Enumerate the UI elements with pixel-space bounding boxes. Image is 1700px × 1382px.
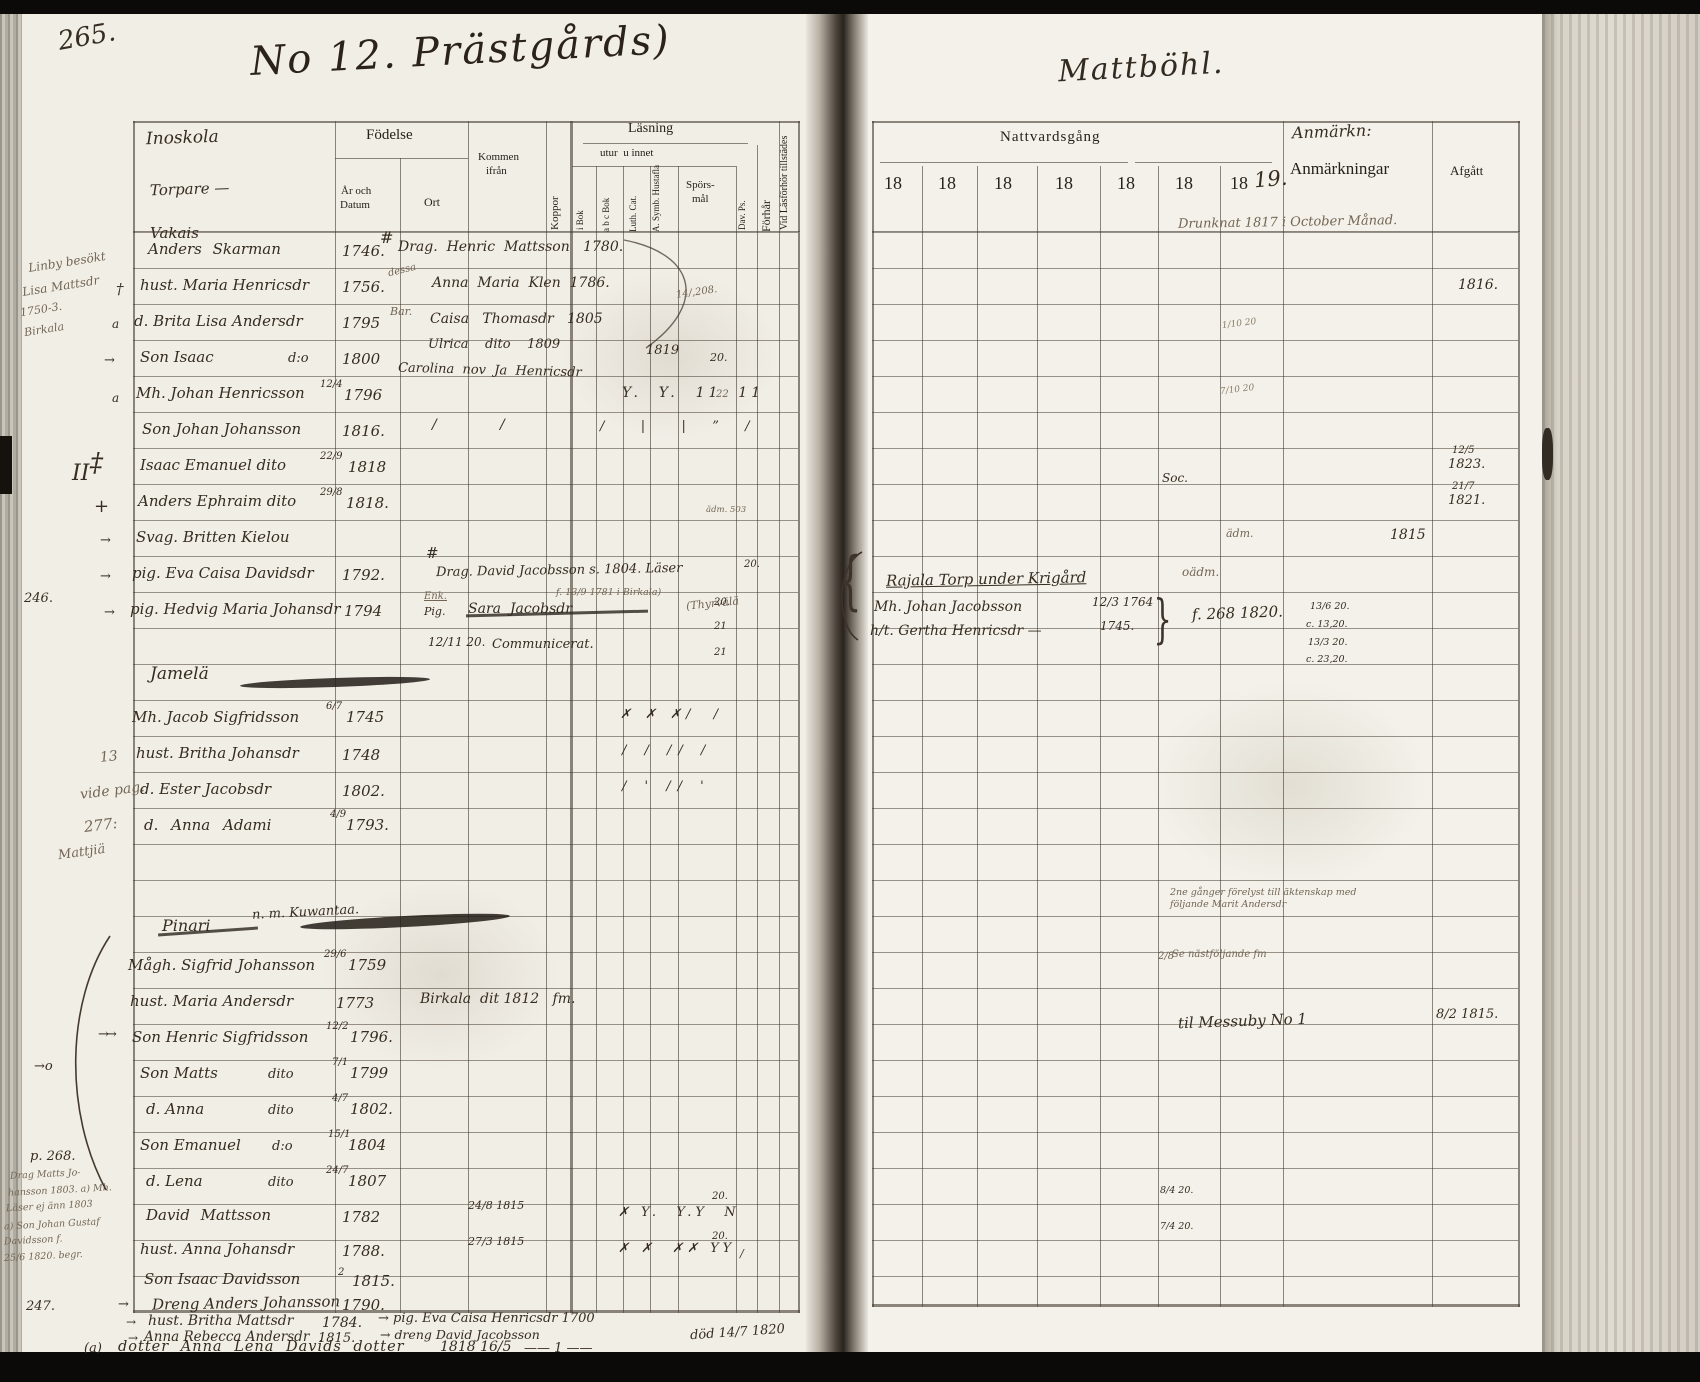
column-header: Vid Läsförhör tillstädes [780, 126, 800, 230]
row-marker: a [112, 392, 119, 405]
row-note: f. 13/9 1781 i Birkala) [556, 588, 661, 598]
row-date: 24/7 [326, 1166, 348, 1177]
column-header: Nattvardsgång [1000, 130, 1100, 146]
grid-line [798, 121, 800, 1313]
grid-line [583, 143, 748, 144]
afgatt-entry: 1816. [1458, 278, 1498, 293]
row-marker: → [104, 354, 115, 368]
year-column-label: 18 [1230, 174, 1248, 193]
grid-line [335, 158, 468, 159]
row-marker: a [112, 318, 119, 331]
row-name: Son Isaac Davidsson [144, 1272, 300, 1288]
column-header: Ort [424, 196, 440, 209]
row-dito: d:o [272, 1140, 293, 1154]
row-year: 1746. [342, 244, 385, 260]
column-header: ifrån [486, 166, 507, 178]
afgatt-entry: 1823. [1448, 458, 1485, 472]
anm-entry: Se nästföljande fm [1172, 950, 1267, 961]
cell-mark: ädm. 503 [706, 506, 746, 515]
brace-open: { [839, 544, 861, 618]
row-year: 1807 [348, 1174, 386, 1190]
row-note: Drag. Henric Mattsson 1780. [398, 240, 623, 255]
row-name: hust. Britha Mattsdr [148, 1314, 293, 1329]
grid-line [1518, 121, 1520, 1307]
grid-line [133, 121, 800, 123]
row-year: 1796. [350, 1030, 393, 1046]
row-year: 1748 [342, 748, 380, 764]
row-dito: d:o [288, 352, 309, 366]
row-name: hust. Anna Johansdr [140, 1242, 294, 1258]
section-heading: Jamelä [150, 666, 209, 684]
column-header: a b c Bok [602, 168, 611, 232]
anm-entry: följande Marit Andersdr [1170, 900, 1286, 910]
row-name: Anders Ephraim dito [138, 494, 296, 510]
row-marker: → [104, 606, 115, 620]
row-dito: dito [268, 1104, 294, 1118]
reading-marks: / | | ” / [600, 420, 756, 434]
row-note: 27/3 1815 [468, 1236, 524, 1248]
column-header: Födelse [366, 128, 413, 144]
anm-entry: Soc. [1162, 472, 1188, 485]
column-header: Anmärkningar [1290, 160, 1389, 178]
cell-mark: 20. [712, 1192, 728, 1203]
row-year: 1818 16/5 [440, 1340, 512, 1355]
top-black-bar [0, 0, 1700, 14]
marginal-note: 13 [99, 749, 118, 765]
communion-date: 13/6 20. [1310, 602, 1349, 612]
row-name: Isaac Emanuel dito [140, 458, 286, 474]
row-name: d. Anna [146, 1102, 204, 1118]
scanned-ledger-page: 265. No 12. Prästgårds) Mattböhl. Inosko… [0, 0, 1700, 1382]
row-year: 1802. [342, 784, 385, 800]
anm-entry: 12/3 1764 [1092, 596, 1153, 609]
reading-marks: ✗ Y. Y.Y N [618, 1206, 740, 1220]
row-year: 1782 [342, 1210, 380, 1226]
anm-entry: ädm. [1226, 528, 1254, 540]
row-year: 1818 [348, 460, 386, 476]
communion-date: 13/3 20. [1308, 638, 1347, 648]
anm-entry: 2ne gånger förelyst till äktenskap med [1170, 888, 1357, 898]
column-header: Spörs- [686, 180, 715, 192]
row-year: 1815. [352, 1274, 395, 1290]
row-name: Anders Skarman [148, 242, 281, 258]
row-name: Son Matts [140, 1066, 218, 1082]
row-date: 7/1 [332, 1058, 348, 1069]
column-header: Läsning [628, 122, 673, 137]
communion-mark: 8/4 20. [1160, 1186, 1193, 1196]
row-year: 1793. [346, 818, 389, 834]
row-marker: → [118, 1298, 129, 1312]
cell-mark: / [740, 1248, 744, 1260]
cell-mark: 22 [716, 390, 729, 401]
row-date: 29/6 [324, 950, 346, 961]
row-year: 1816. [342, 424, 385, 440]
reading-marks: ✗ ✗ ✗/ / [620, 708, 723, 722]
row-date: 12/11 20. [428, 636, 485, 649]
bottom-black-bar [0, 1352, 1700, 1382]
year-column-label: 18 [884, 174, 902, 193]
afgatt-entry: 1821. [1448, 494, 1485, 508]
row-name: Mh. Johan Henricsson [136, 386, 305, 402]
year-column-label-handwritten: 19. [1253, 167, 1288, 192]
row-marker: → [100, 534, 111, 548]
binding-mark [1542, 428, 1553, 480]
gutter-shadow [806, 14, 868, 1352]
row-year: 1796 [344, 388, 382, 404]
afgatt-entry: 8/2 1815. [1436, 1008, 1498, 1022]
cell-mark: 20. [744, 560, 760, 571]
row-name: Mågh. Sigfrid Johansson [128, 958, 315, 974]
communion-date: c. 13,20. [1306, 620, 1348, 630]
column-header: Koppor [550, 150, 562, 230]
communion-mark: 7/4 20. [1160, 1222, 1193, 1232]
column-header: Dav. Ps. [738, 168, 747, 230]
cell-mark: 21 [714, 648, 727, 659]
row-marker: →o [34, 1060, 53, 1074]
brace-close: } [1153, 590, 1171, 650]
row-note: Communicerat. [492, 638, 594, 652]
row-date: 22/9 [320, 452, 342, 463]
year-column-label: 18 [994, 174, 1012, 193]
row-marker: (a) [84, 1342, 102, 1356]
row-date: 12/4 [320, 380, 342, 391]
row-note: Bar. [390, 306, 412, 318]
row-year: 1784. [322, 1316, 362, 1331]
reading-marks: / / // / [622, 744, 712, 758]
row-marker: ‡ [90, 450, 103, 477]
column-header: Förhår [760, 150, 773, 232]
row-name: Son Johan Johansson [142, 422, 301, 438]
row-name: pig. Eva Caisa Davidsdr [132, 566, 314, 582]
row-date: 29/8 [320, 488, 342, 499]
row-date: 6/7 [326, 702, 342, 713]
row-marker: + [94, 498, 109, 517]
row-note: → pig. Eva Caisa Henricsdr 1700 [378, 1312, 595, 1326]
reading-marks: ✗ ✗ ✗✗ YY [618, 1242, 735, 1256]
edge-blot [0, 436, 12, 494]
anm-entry: Mh. Johan Jacobsson [874, 600, 1022, 615]
anm-entry: oädm. [1182, 566, 1219, 579]
row-note: Birkala dit 1812 fm. [420, 992, 575, 1007]
row-date: 4/7 [332, 1094, 348, 1105]
row-year: 1773 [336, 996, 374, 1012]
row-note: Ulrica dito 1809 [428, 338, 560, 352]
grid-line [872, 121, 1520, 123]
year-column-label: 18 [1055, 174, 1073, 193]
cell-mark: 20. [712, 1232, 728, 1243]
year-column-label: 18 [1175, 174, 1193, 193]
row-year: 1756. [342, 280, 385, 296]
row-year: 1745 [346, 710, 384, 726]
row-date: 4/9 [330, 810, 346, 821]
row-marker: → [126, 1316, 136, 1329]
column-header: Inoskola [146, 129, 219, 149]
row-year: 1759 [348, 958, 386, 974]
row-year: 1788. [342, 1244, 385, 1260]
row-year: 1795 [342, 316, 380, 332]
row-name: Son Emanuel [140, 1138, 241, 1154]
column-header: utur u innet [600, 148, 653, 160]
row-name: d. Ester Jacobsdr [140, 782, 271, 798]
hash-mark: # [426, 546, 439, 562]
row-dito: dito [268, 1068, 294, 1082]
cell-mark: 20. [710, 352, 728, 364]
row-name: hust. Britha Johansdr [136, 746, 299, 762]
row-note: Anna Maria Klen 1786. [432, 276, 610, 291]
row-dito: dito [268, 1176, 294, 1190]
row-note: Caisa Thomasdr 1805 [430, 312, 603, 327]
anm-entry: Rajala Torp under Krigård [886, 570, 1087, 589]
row-note: 1819 [646, 344, 679, 358]
reading-marks: / ' // ' [622, 780, 711, 794]
row-note: —— 1 —— [524, 1342, 593, 1356]
communion-date: c. 23,20. [1306, 655, 1348, 665]
year-column-label: 18 [938, 174, 956, 193]
row-year: 1800 [342, 352, 380, 368]
row-year: 1804 [348, 1138, 386, 1154]
grid-line [1135, 162, 1272, 163]
row-note: Pig. [424, 606, 445, 618]
column-header: Kommen [478, 152, 519, 164]
row-note: 24/8 1815 [468, 1200, 524, 1212]
afgatt-entry: 21/7 [1452, 482, 1474, 493]
cell-mark: / [500, 418, 505, 433]
row-name: d. Anna Adami [144, 818, 271, 834]
marginal-note: 246. [24, 592, 53, 606]
row-name: d. Brita Lisa Andersdr [134, 314, 303, 330]
column-header: Luth. Cat. [629, 168, 638, 232]
row-year: 1794 [344, 604, 382, 620]
row-name: Mh. Jacob Sigfridsson [132, 710, 299, 726]
grid-line [880, 162, 1128, 163]
row-name: dotter Anna Lena Davids dotter [118, 1340, 405, 1355]
row-marker: † [116, 282, 124, 298]
cell-mark: 20. [714, 598, 730, 609]
column-header: År och [341, 186, 371, 198]
row-year: 1818. [346, 496, 389, 512]
right-page-title: Mattböhl. [1057, 48, 1225, 88]
afgatt-entry: 12/5 [1452, 446, 1474, 457]
row-name: Dreng Anders Johansson [152, 1294, 340, 1313]
column-header: Torpare — [150, 181, 230, 200]
row-marker: II [72, 462, 89, 485]
row-date: 12/2 [326, 1022, 348, 1033]
cell-mark: 21 [714, 622, 727, 633]
row-name: hust. Maria Andersdr [130, 994, 293, 1010]
column-header-handwritten: Anmärkn: [1292, 123, 1372, 143]
right-paper-edge [1542, 14, 1700, 1352]
column-header: A. Symb. Hustafla [652, 166, 676, 232]
family-brace [58, 932, 128, 1196]
reading-marks: Y. Y. 11 11 [622, 386, 764, 401]
row-name: pig. Hedvig Maria Johansdr [130, 602, 341, 618]
cell-mark: / [432, 418, 437, 433]
communion-mark: 2/8 [1158, 952, 1174, 963]
row-year: 1799 [350, 1066, 388, 1082]
anm-entry: 1745. [1100, 620, 1134, 633]
row-year: 1802. [350, 1102, 393, 1118]
right-row-lines [872, 232, 1518, 1306]
row-name: Svag. Britten Kielou [136, 530, 290, 546]
row-year: 1792. [342, 568, 385, 584]
anm-entry: f. 268 1820. [1192, 604, 1283, 623]
anm-entry: h/t. Gertha Henricsdr — [870, 624, 1042, 639]
row-name: hust. Maria Henricsdr [140, 278, 309, 294]
row-marker: → [100, 570, 111, 584]
anm-entry: 1815 [1390, 528, 1426, 543]
row-date: 2 [338, 1268, 344, 1279]
column-header: Afgått [1450, 164, 1483, 178]
marginal-note: 247. [26, 1300, 55, 1314]
row-note: Enk. [424, 592, 447, 603]
year-column-label: 18 [1117, 174, 1135, 193]
row-name: Son Isaac [140, 350, 214, 366]
column-header: Datum [340, 200, 370, 212]
row-name: David Mattsson [146, 1208, 271, 1224]
column-header: mål [692, 194, 709, 206]
column-header: i Bok [576, 170, 585, 230]
left-paper-edge [0, 14, 22, 1352]
row-name: d. Lena [146, 1174, 203, 1190]
row-name: Son Henric Sigfridsson [132, 1030, 308, 1046]
